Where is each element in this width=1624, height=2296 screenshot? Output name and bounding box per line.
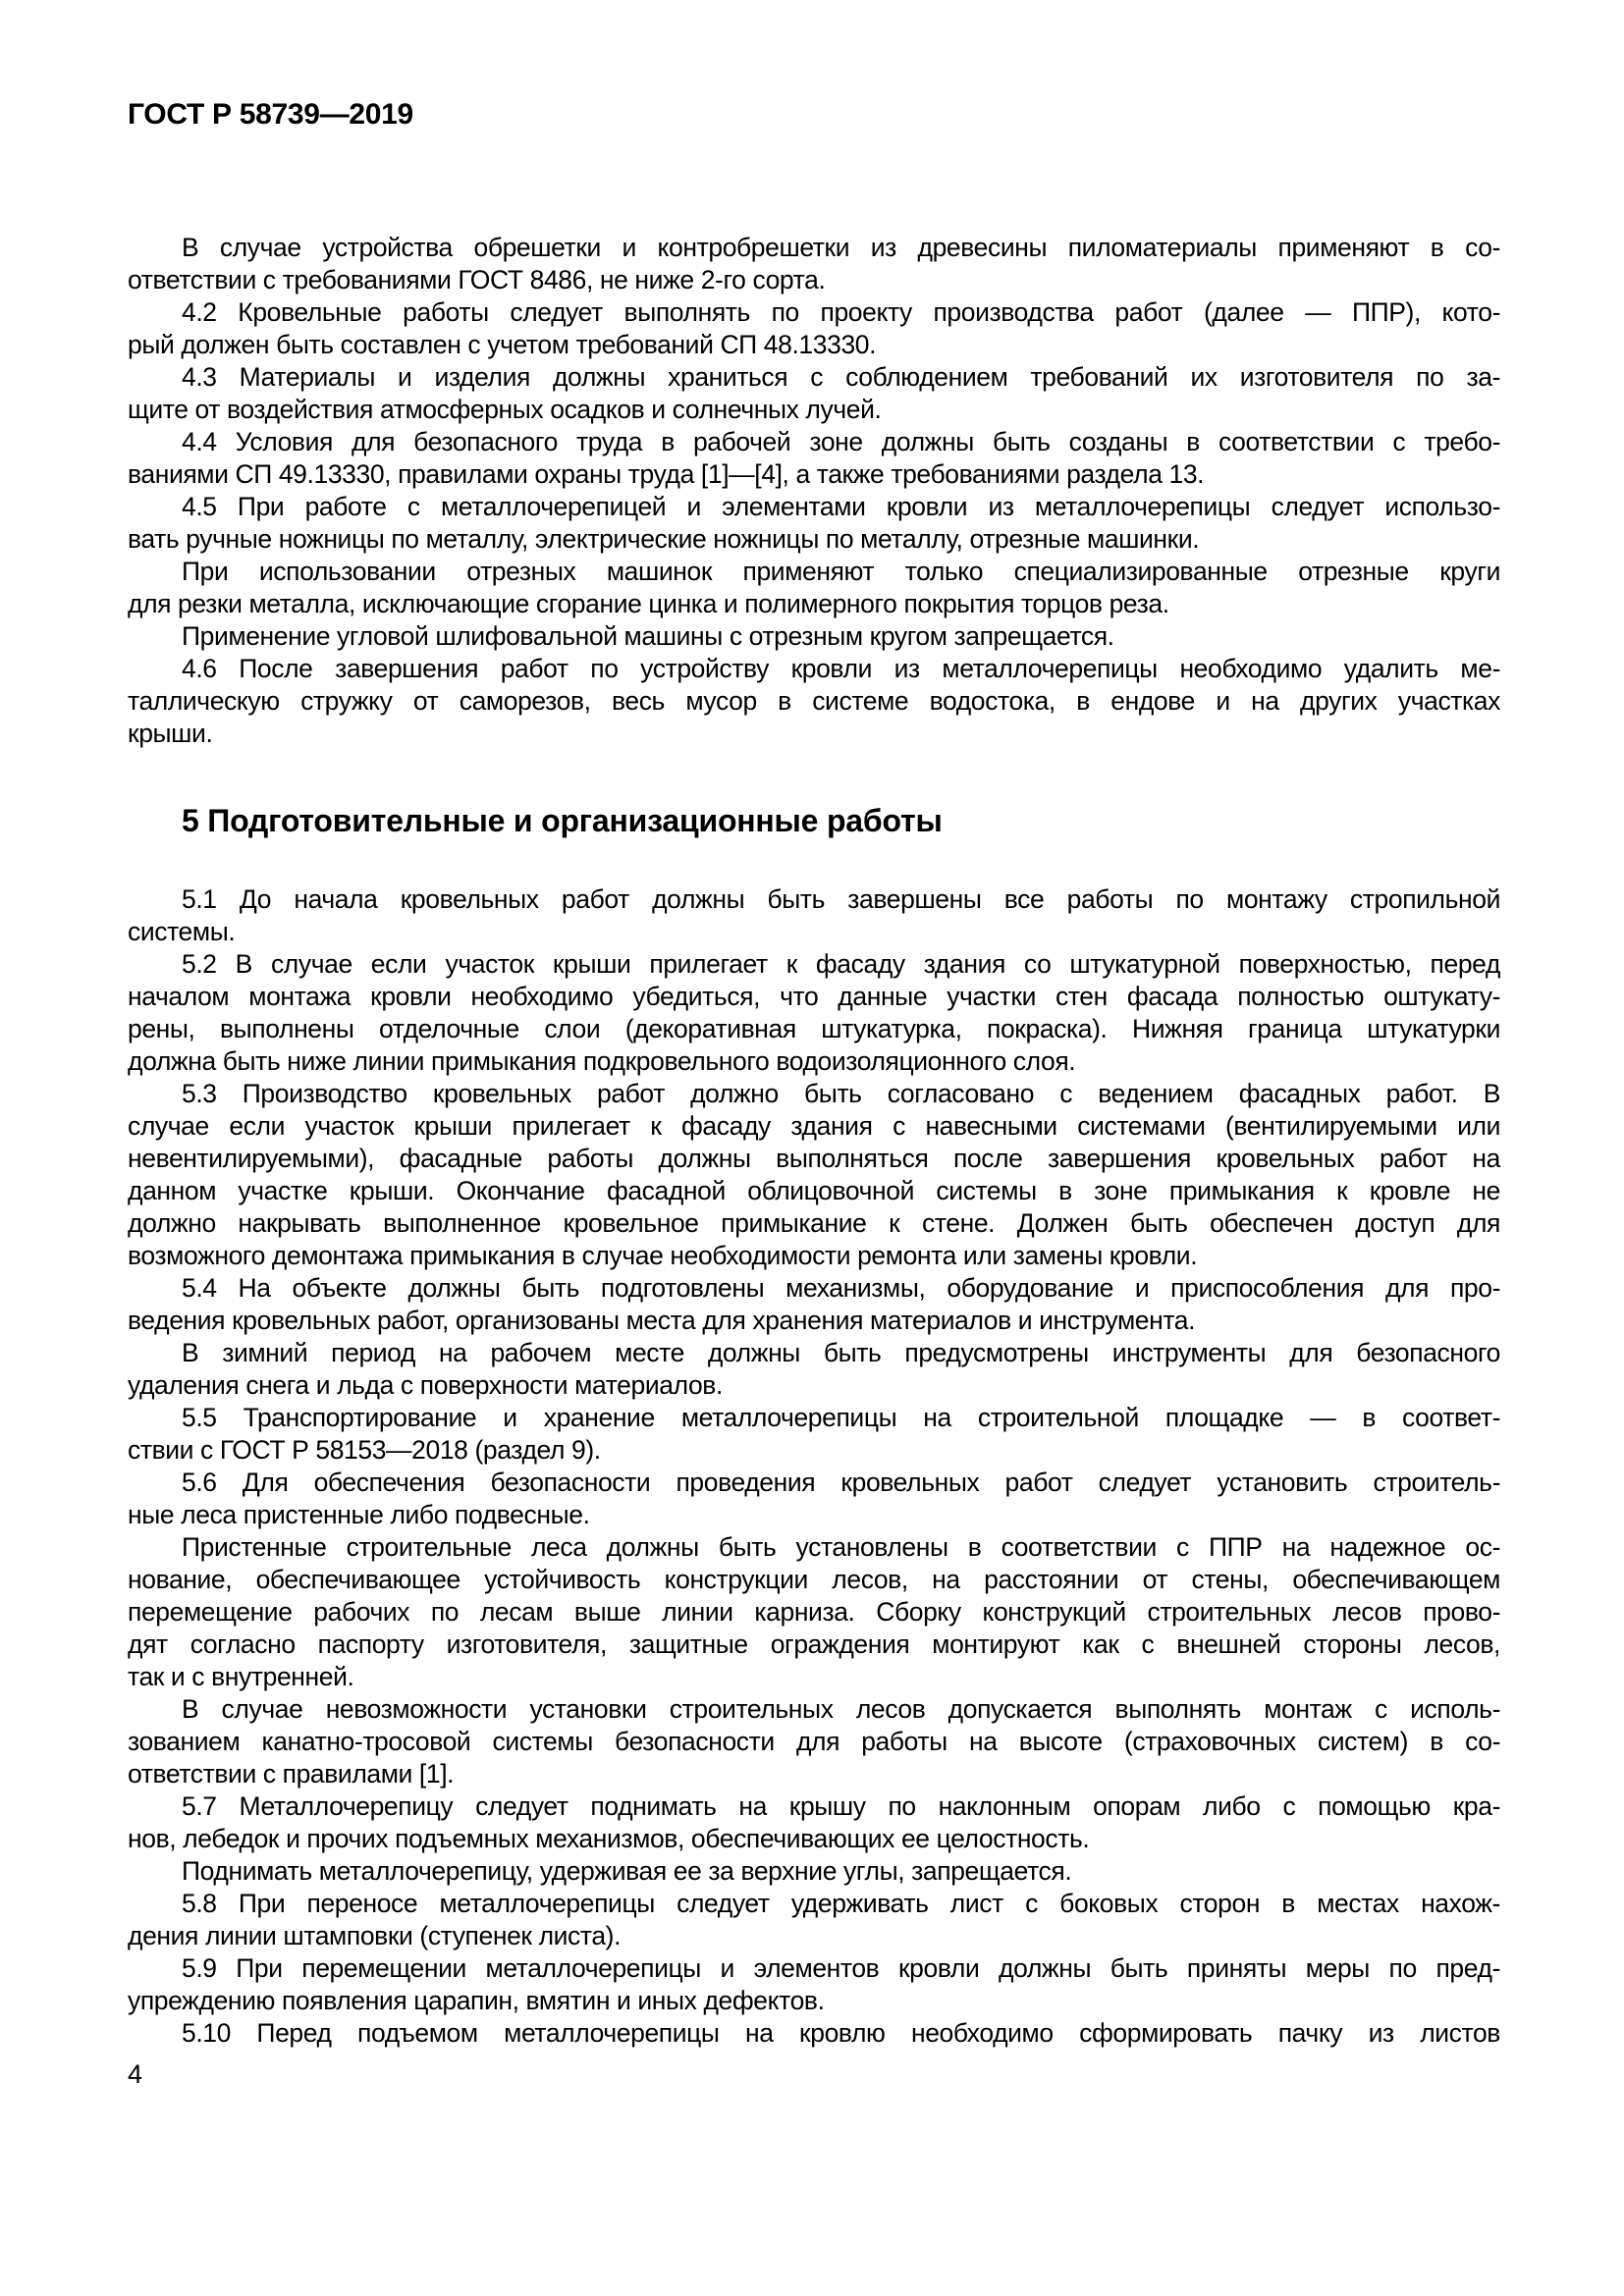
paragraph: 5.9 При перемещении металлочерепицы и эл… [128,1952,1500,2017]
text-line: возможного демонтажа примыкания в случае… [128,1240,1500,1272]
doc-number: ГОСТ Р 58739—2019 [128,98,413,132]
page-number: 4 [128,2059,142,2090]
paragraph: 5.4 На объекте должны быть подготовлены … [128,1272,1500,1337]
text-line: 5.9 При перемещении металлочерепицы и эл… [128,1952,1500,1985]
text-line: В случае невозможности установки строите… [128,1693,1500,1726]
paragraph: 5.5 Транспортирование и хранение металло… [128,1402,1500,1467]
text-line: Применение угловой шлифовальной машины с… [128,620,1500,653]
text-line: дят согласно паспорту изготовителя, защи… [128,1629,1500,1661]
text-line: 5.4 На объекте должны быть подготовлены … [128,1272,1500,1305]
paragraph: В случае невозможности установки строите… [128,1693,1500,1790]
section4-body: В случае устройства обрешетки и контробр… [128,232,1500,750]
paragraph: При использовании отрезных машинок приме… [128,556,1500,620]
text-line: В случае устройства обрешетки и контробр… [128,232,1500,264]
paragraph: 5.6 Для обеспечения безопасности проведе… [128,1467,1500,1531]
text-line: системы. [128,916,1500,948]
text-line: 5.5 Транспортирование и хранение металло… [128,1402,1500,1434]
text-line: зованием канатно-тросовой системы безопа… [128,1726,1500,1758]
paragraph: Поднимать металлочерепицу, удерживая ее … [128,1855,1500,1888]
text-line: Поднимать металлочерепицу, удерживая ее … [128,1855,1500,1888]
paragraph: В зимний период на рабочем месте должны … [128,1337,1500,1402]
text-line: 5.8 При переносе металлочерепицы следует… [128,1888,1500,1920]
paragraph: 4.4 Условия для безопасного труда в рабо… [128,426,1500,491]
text-line: ствии с ГОСТ Р 58153—2018 (раздел 9). [128,1434,1500,1467]
paragraph: 5.7 Металлочерепицу следует поднимать на… [128,1790,1500,1855]
text-line: 5.6 Для обеспечения безопасности проведе… [128,1467,1500,1499]
text-line: 5.2 В случае если участок крыши прилегае… [128,948,1500,981]
text-line: данном участке крыши. Окончание фасадной… [128,1175,1500,1207]
text-line: Пристенные строительные леса должны быть… [128,1531,1500,1564]
paragraph: 5.10 Перед подъемом металлочерепицы на к… [128,2017,1500,2050]
text-line: вать ручные ножницы по металлу, электрич… [128,523,1500,556]
text-line: 4.3 Материалы и изделия должны храниться… [128,361,1500,394]
paragraph: 4.3 Материалы и изделия должны храниться… [128,361,1500,426]
text-line: должно накрывать выполненное кровельное … [128,1207,1500,1240]
text-line: ответствии с требованиями ГОСТ 8486, не … [128,264,1500,296]
paragraph: 5.8 При переносе металлочерепицы следует… [128,1888,1500,1952]
text-line: ведения кровельных работ, организованы м… [128,1305,1500,1337]
paragraph: 4.2 Кровельные работы следует выполнять … [128,296,1500,361]
text-line: таллическую стружку от саморезов, весь м… [128,685,1500,718]
text-line: 4.5 При работе с металлочерепицей и элем… [128,491,1500,523]
text-line: удаления снега и льда с поверхности мате… [128,1369,1500,1402]
text-line: упреждению появления царапин, вмятин и и… [128,1985,1500,2017]
paragraph: 4.5 При работе с металлочерепицей и элем… [128,491,1500,556]
text-line: дения линии штамповки (ступенек листа). [128,1920,1500,1952]
text-line: должна быть ниже линии примыкания подкро… [128,1045,1500,1078]
section5-heading: 5 Подготовительные и организационные раб… [128,801,1500,840]
section5-body: 5.1 До начала кровельных работ должны бы… [128,883,1500,2050]
text-line: перемещение рабочих по лесам выше линии … [128,1596,1500,1629]
text-line: для резки металла, исключающие сгорание … [128,588,1500,620]
text-line: При использовании отрезных машинок приме… [128,556,1500,588]
text-line: ные леса пристенные либо подвесные. [128,1499,1500,1531]
text-line: случае если участок крыши прилегает к фа… [128,1110,1500,1143]
text-line: ответствии с правилами [1]. [128,1758,1500,1790]
text-line: рый должен быть составлен с учетом требо… [128,329,1500,361]
text-line: щите от воздействия атмосферных осадков … [128,394,1500,426]
text-line: невентилируемыми), фасадные работы должн… [128,1143,1500,1175]
text-line: 5.10 Перед подъемом металлочерепицы на к… [128,2017,1500,2050]
text-line: 5.7 Металлочерепицу следует поднимать на… [128,1790,1500,1823]
text-line: ваниями СП 49.13330, правилами охраны тр… [128,458,1500,491]
page-content: В случае устройства обрешетки и контробр… [128,232,1500,2050]
text-line: нование, обеспечивающее устойчивость кон… [128,1564,1500,1596]
paragraph: 5.2 В случае если участок крыши прилегае… [128,948,1500,1078]
paragraph: В случае устройства обрешетки и контробр… [128,232,1500,296]
paragraph: 5.3 Производство кровельных работ должно… [128,1078,1500,1272]
text-line: рены, выполнены отделочные слои (декорат… [128,1013,1500,1045]
paragraph: Применение угловой шлифовальной машины с… [128,620,1500,653]
text-line: нов, лебедок и прочих подъемных механизм… [128,1823,1500,1855]
text-line: 5.1 До начала кровельных работ должны бы… [128,883,1500,916]
text-line: 4.2 Кровельные работы следует выполнять … [128,296,1500,329]
text-line: началом монтажа кровли необходимо убедит… [128,981,1500,1013]
paragraph: Пристенные строительные леса должны быть… [128,1531,1500,1693]
text-line: крыши. [128,718,1500,750]
paragraph: 4.6 После завершения работ по устройству… [128,653,1500,750]
text-line: 4.6 После завершения работ по устройству… [128,653,1500,685]
paragraph: 5.1 До начала кровельных работ должны бы… [128,883,1500,948]
text-line: 4.4 Условия для безопасного труда в рабо… [128,426,1500,458]
text-line: 5.3 Производство кровельных работ должно… [128,1078,1500,1110]
text-line: В зимний период на рабочем месте должны … [128,1337,1500,1369]
document-page: ГОСТ Р 58739—2019 В случае устройства об… [0,0,1624,2296]
text-line: так и с внутренней. [128,1661,1500,1693]
